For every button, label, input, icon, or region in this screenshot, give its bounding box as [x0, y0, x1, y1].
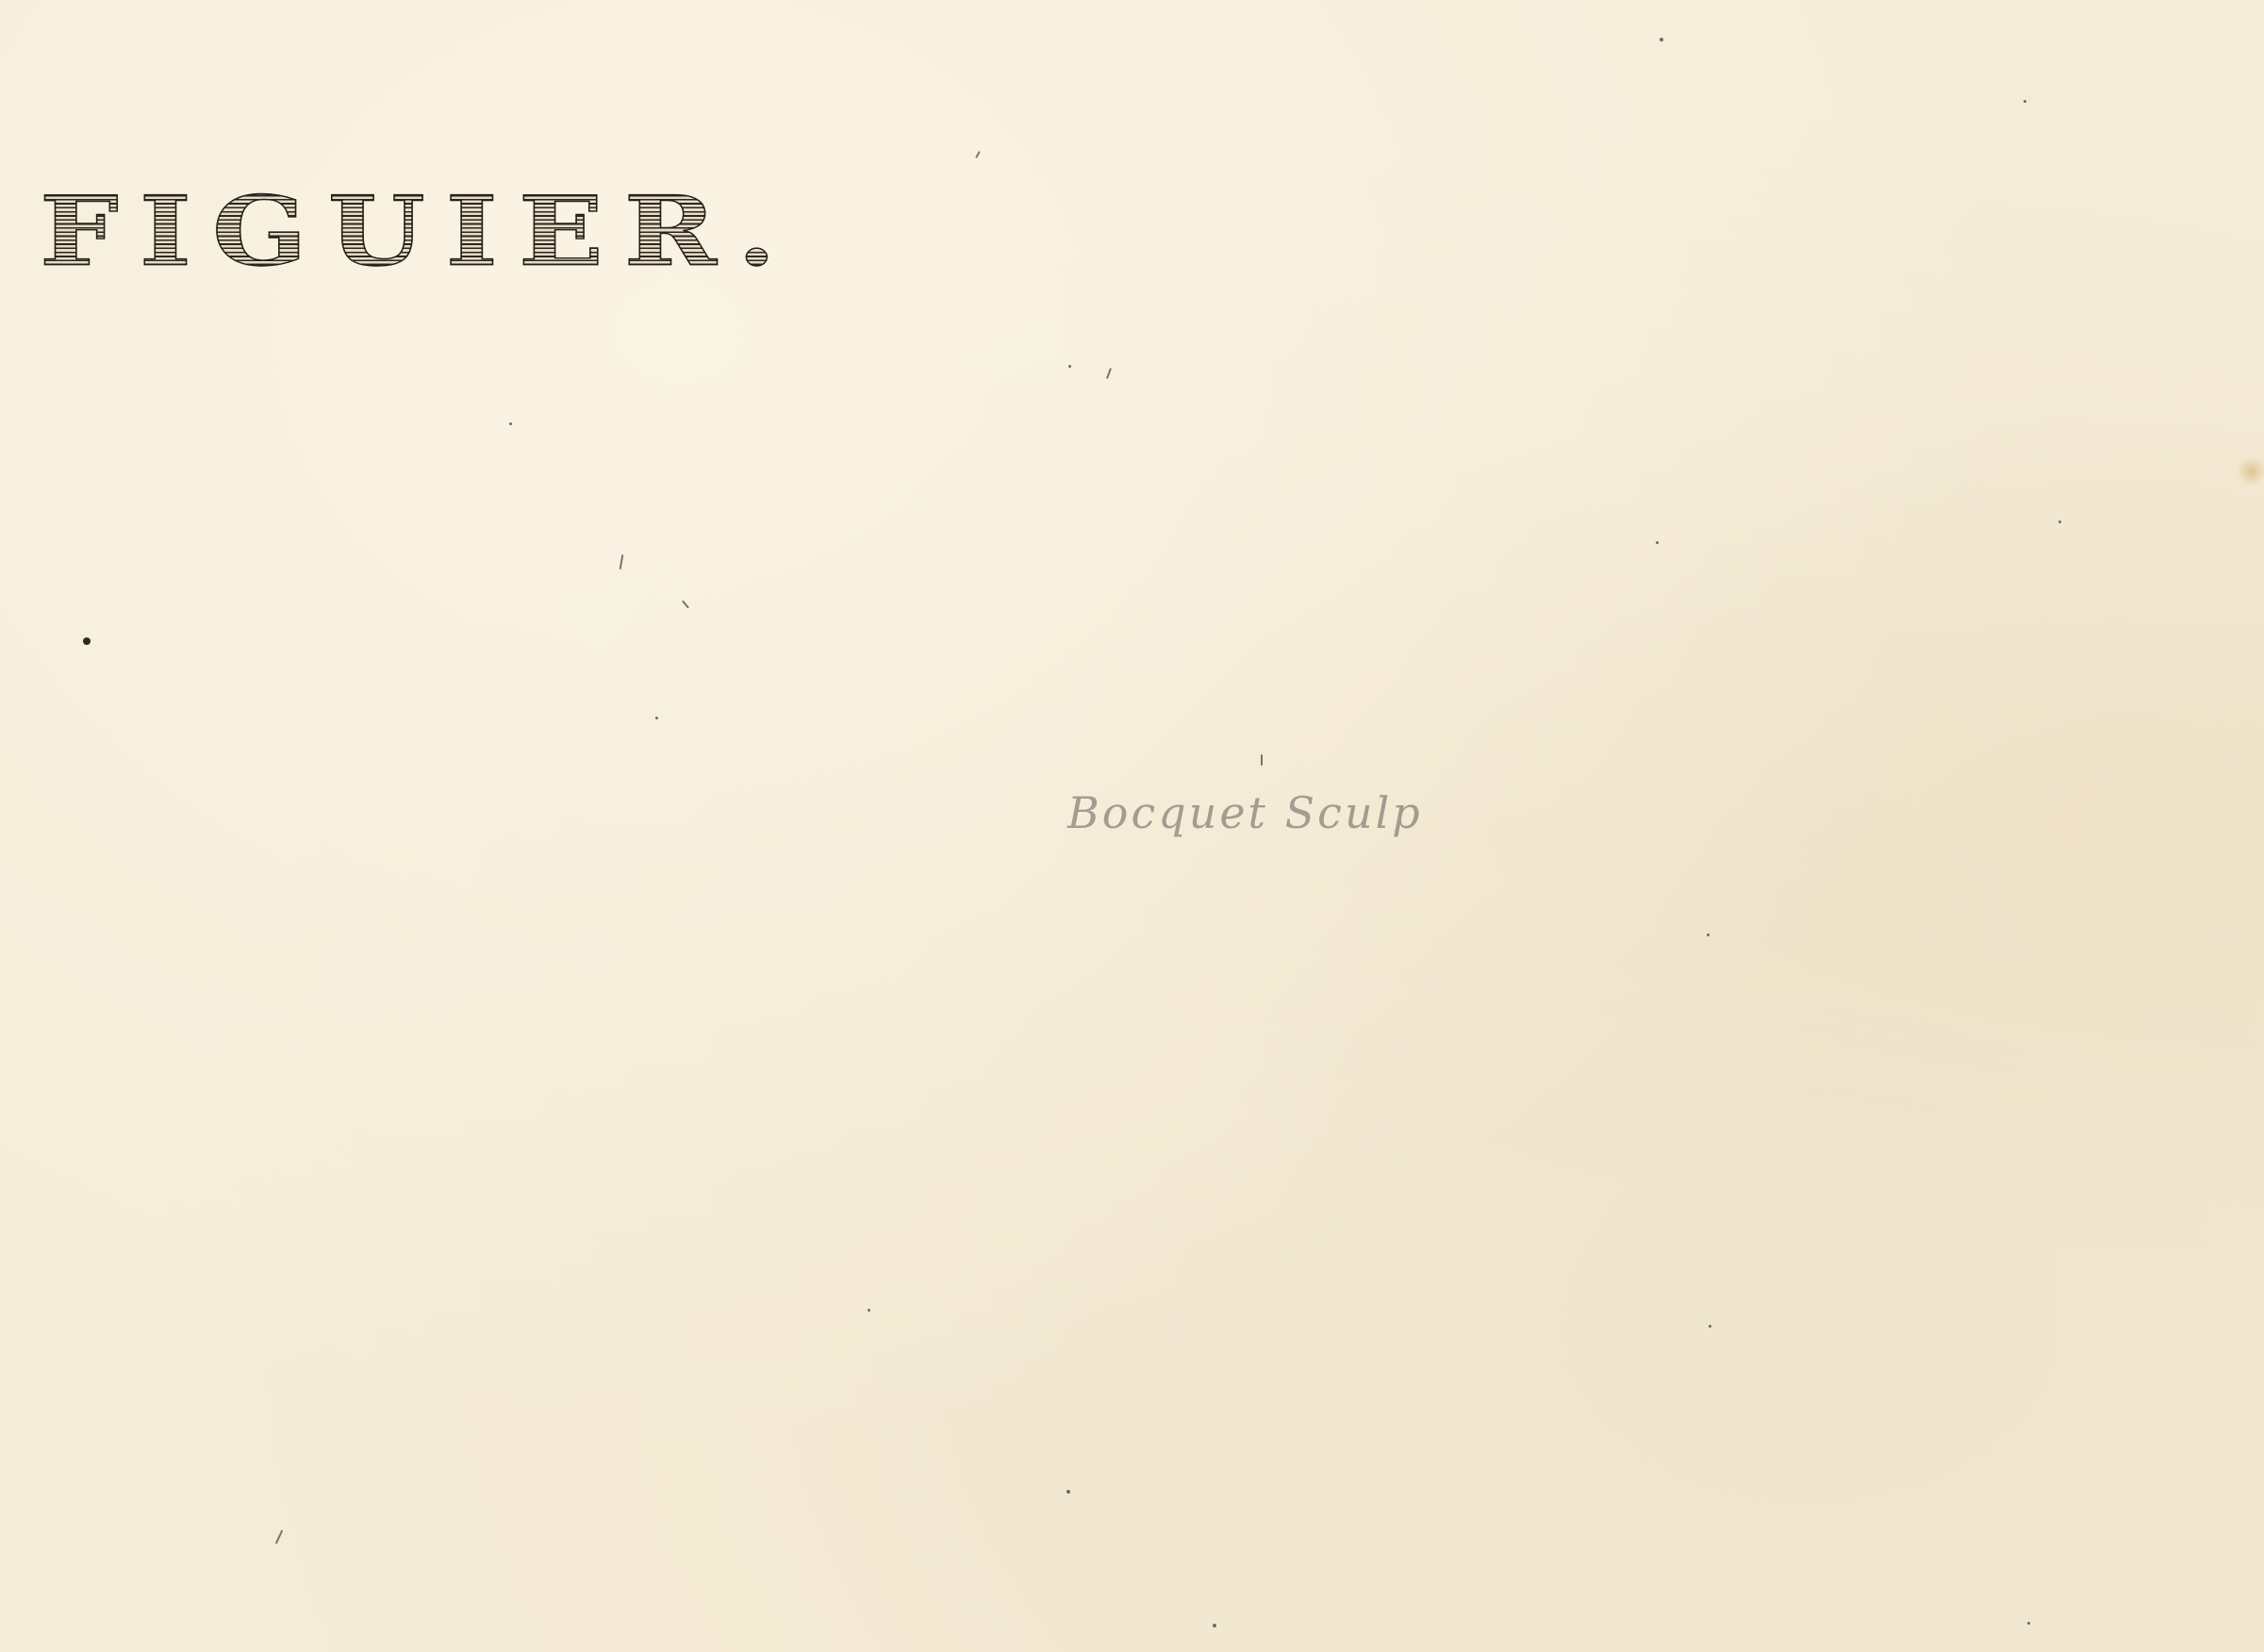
ink-speck	[1656, 541, 1659, 544]
ink-speck	[1660, 38, 1663, 41]
ink-speck	[1709, 1325, 1711, 1328]
engraver-credit: Bocquet Sculp	[1067, 786, 1423, 839]
paper-fiber	[620, 554, 624, 570]
paper-fiber	[682, 601, 689, 609]
ink-speck	[1213, 1624, 1216, 1627]
ink-speck	[1707, 933, 1710, 936]
ink-speck	[2058, 520, 2061, 523]
foxing-stain	[2237, 456, 2264, 487]
ink-speck	[868, 1309, 870, 1312]
paper-fiber	[975, 151, 981, 158]
plate-title: FIGUIER.	[40, 187, 797, 276]
ink-speck	[2024, 100, 2026, 103]
ink-speck	[83, 637, 91, 645]
ink-speck	[2027, 1622, 2030, 1625]
ink-speck	[1068, 365, 1071, 368]
ink-speck	[1066, 1490, 1070, 1494]
paper-fiber	[1106, 368, 1112, 379]
paper-fiber	[1261, 754, 1263, 766]
ink-speck	[655, 717, 658, 719]
paper-fiber	[275, 1529, 284, 1544]
ink-speck	[509, 422, 512, 425]
